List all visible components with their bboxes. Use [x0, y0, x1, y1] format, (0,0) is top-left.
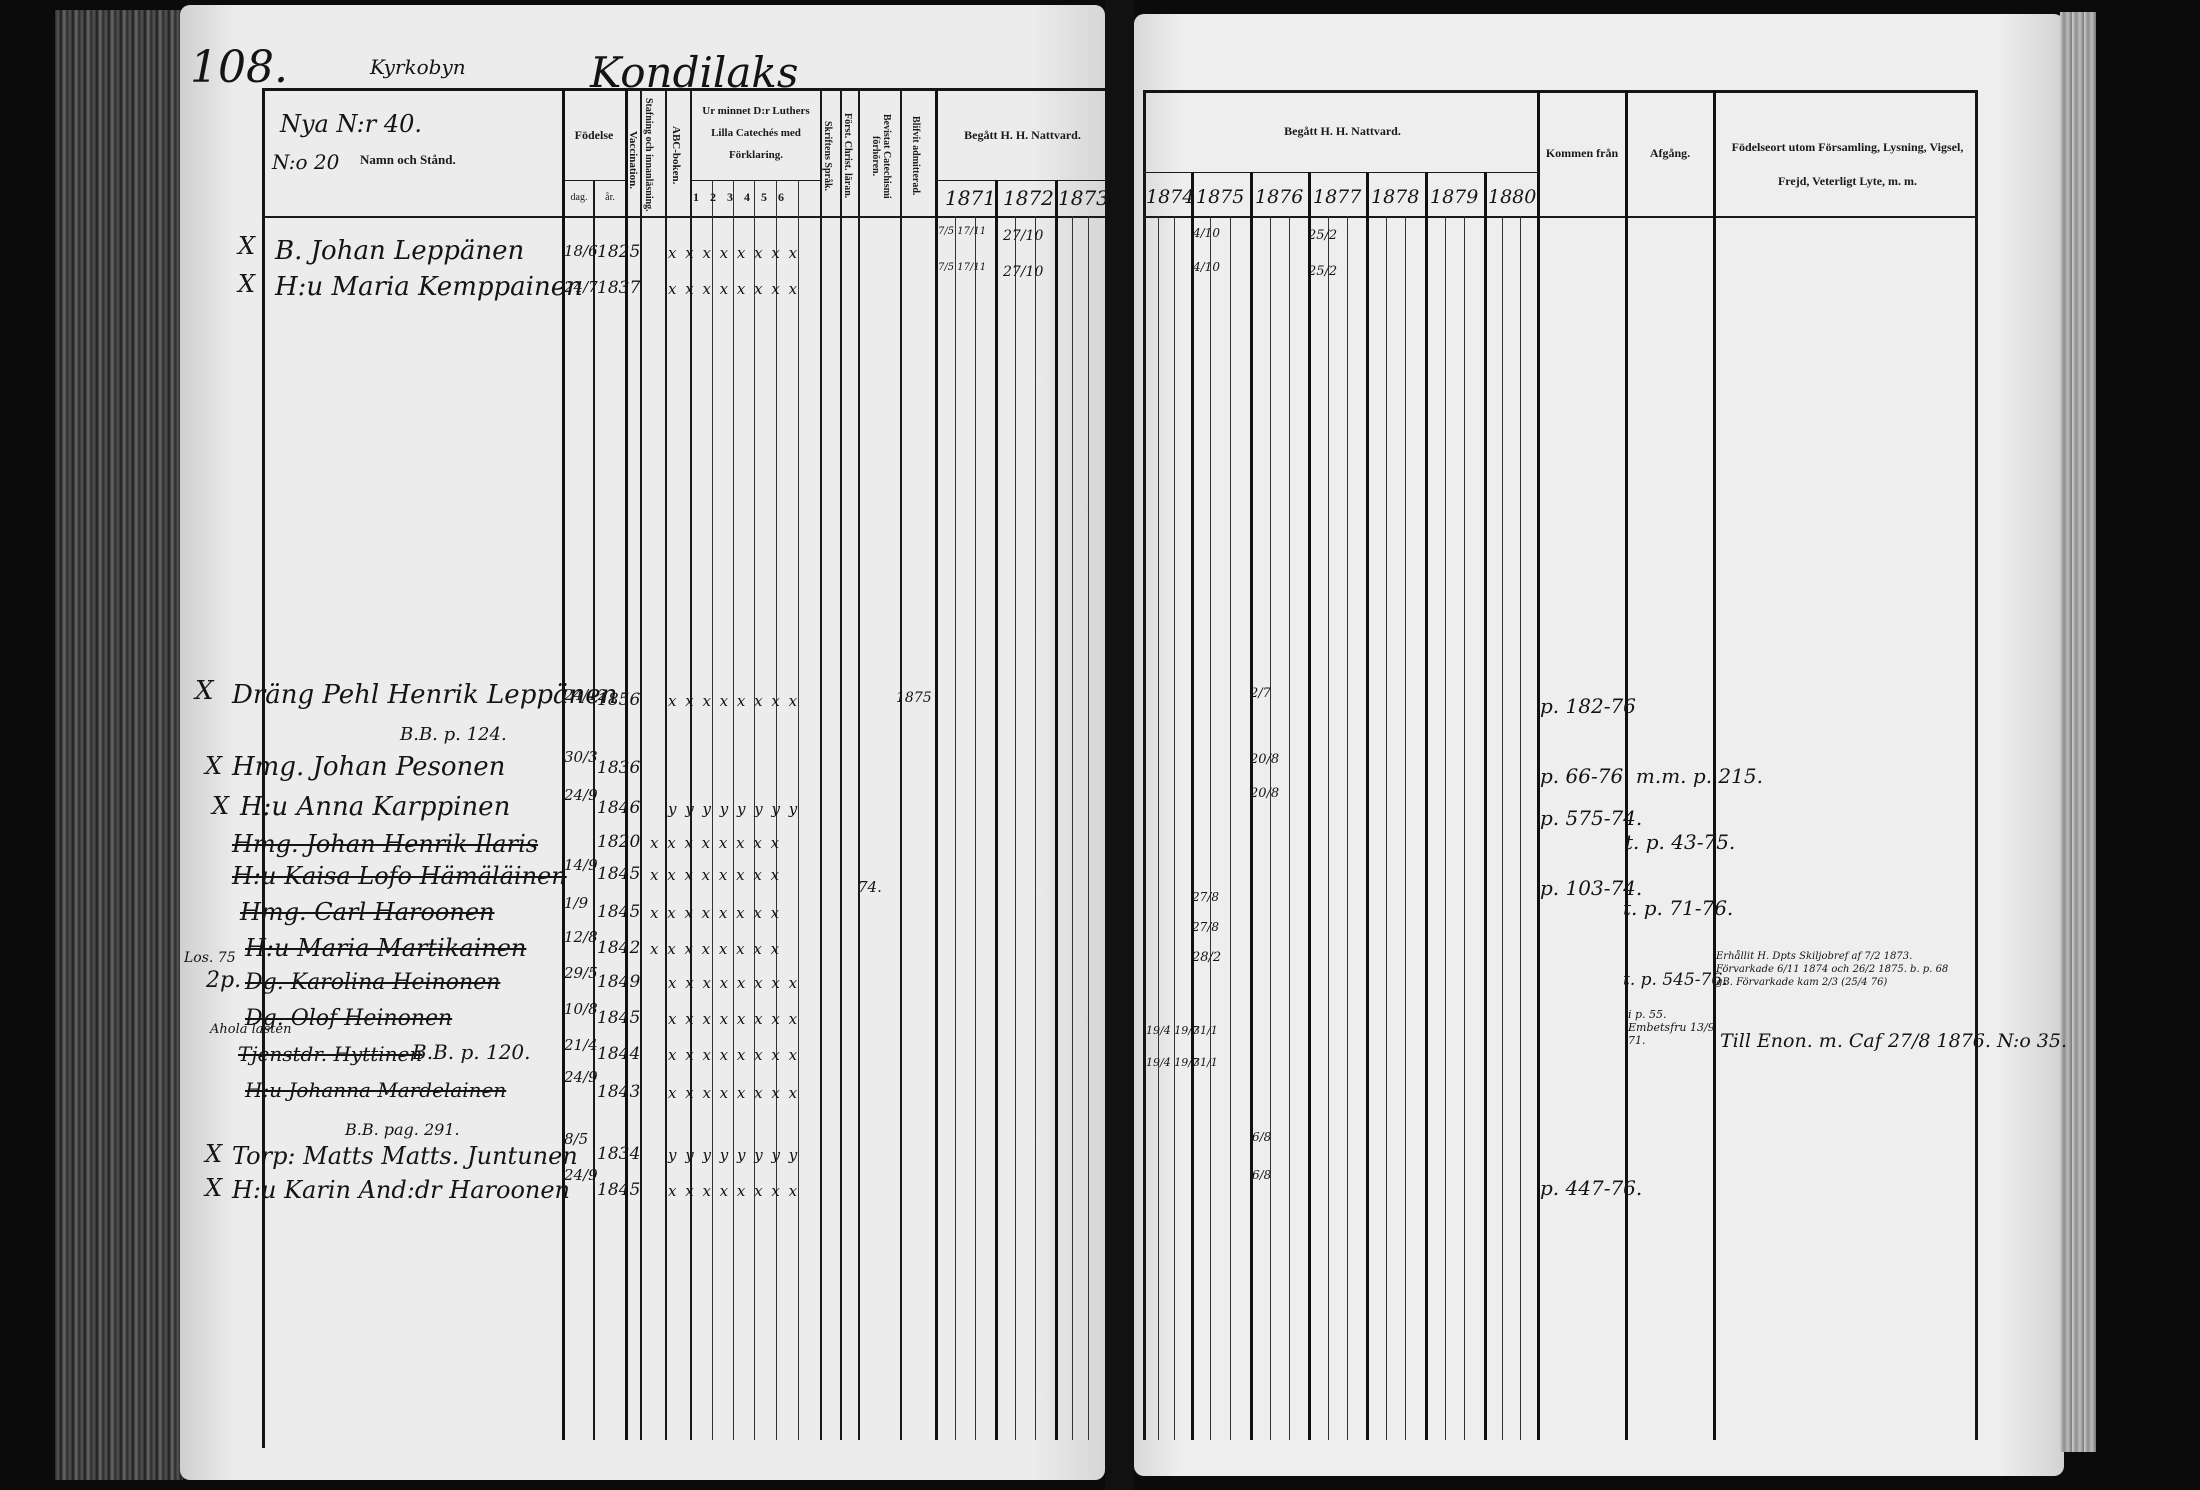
book-edge-left: [55, 10, 183, 1480]
header-abc: ABC-boken.: [670, 100, 682, 210]
book-edge-right: [2060, 12, 2096, 1452]
year-1875: 1875: [1196, 186, 1244, 208]
header-remarks: Födelseort utom Församling, Lysning, Vig…: [1720, 130, 1975, 198]
header-scripture-language: Skriftens Språk.: [822, 100, 833, 212]
year-1872: 1872: [1003, 186, 1054, 210]
year-1880: 1880: [1488, 186, 1536, 208]
header-came-from: Kommen från: [1540, 146, 1624, 161]
year-1879: 1879: [1430, 186, 1478, 208]
left-header-divider: [262, 216, 1105, 218]
year-1877: 1877: [1313, 186, 1361, 208]
margin-note: Los. 75: [184, 950, 236, 966]
year-1871: 1871: [945, 186, 996, 210]
departure: t. p. 71-76.: [1623, 896, 1733, 920]
person-name: H:u Maria Martikainen: [245, 934, 526, 962]
year-1874: 1874: [1146, 186, 1194, 208]
header-catechism-hearings: Bevistat Catechismi förhören.: [866, 100, 892, 212]
year-1878: 1878: [1371, 186, 1419, 208]
came-from: p. 575-74.: [1540, 806, 1642, 830]
person-name: Torp: Matts Matts. Juntunen: [232, 1142, 578, 1170]
page-number: 108.: [190, 42, 288, 93]
village-note: Kyrkobyn: [370, 55, 466, 79]
remarks: Erhållit H. Dpts Skiljobref af 7/2 1873.…: [1716, 950, 1966, 989]
year-1876: 1876: [1255, 186, 1303, 208]
header-admitted: Blifvit admitterad.: [910, 100, 921, 212]
remarks: Till Enon. m. Caf 27/8 1876. N:o 35.: [1720, 1030, 2067, 1052]
book-gutter: [1105, 0, 1134, 1490]
came-from: p. 447-76.: [1540, 1176, 1642, 1200]
old-number: Nya N:r 40.: [280, 110, 422, 138]
header-communion-left: Begått H. H. Nattvard.: [940, 128, 1105, 143]
header-reading: Stafning och innanläsning.: [643, 96, 654, 214]
header-name: Namn och Stånd.: [360, 152, 456, 168]
header-christ-doctrine: Först. Christ. läran.: [842, 100, 853, 212]
year-1873: 1873: [1058, 186, 1109, 210]
right-header-divider: [1143, 216, 1978, 218]
header-departure: Afgång.: [1628, 146, 1712, 161]
header-birth: Födelse: [566, 128, 622, 143]
departure: i p. 55. Embetsfru 13/9 71.: [1628, 1008, 1718, 1047]
person-name: Tjenstdr. Hyttinen: [238, 1042, 422, 1066]
person-name: B. Johan Leppänen: [275, 236, 524, 266]
header-vaccination: Vaccination.: [627, 110, 639, 210]
departure: t. p. 545-76.: [1623, 970, 1728, 990]
header-birth-year: år.: [596, 192, 624, 203]
came-from: p. 182-76: [1540, 694, 1636, 718]
person-name: H:u Kaisa Lofo Hämäläinen: [232, 862, 567, 890]
person-name: H:u Anna Karppinen: [240, 792, 510, 822]
person-name: Hmg. Carl Haroonen: [240, 898, 494, 926]
person-name: H:u Maria Kemppainen: [275, 272, 583, 302]
person-name: Dräng Pehl Henrik Leppänen: [232, 680, 617, 710]
person-name: Hmg. Johan Pesonen: [232, 752, 505, 782]
header-birth-day: dag.: [565, 192, 593, 203]
number-label: N:o 20: [272, 150, 339, 174]
person-name: H:u Johanna Mardelainen: [245, 1078, 506, 1102]
header-catechism: Ur minnet D:r Luthers Lilla Catechés med…: [693, 100, 819, 166]
margin-note: Ahola lasten: [210, 1022, 292, 1037]
header-catechism-parts: 123456: [693, 190, 795, 205]
header-communion-right: Begått H. H. Nattvard.: [1150, 124, 1535, 139]
came-from: p. 66-76. m.m. p. 215.: [1540, 764, 1763, 788]
person-name: H:u Karin And:dr Haroonen: [232, 1176, 570, 1204]
person-name: Dg. Karolina Heinonen: [245, 970, 500, 995]
departure: t. p. 43-75.: [1625, 830, 1735, 854]
person-name: Hmg. Johan Henrik Ilaris: [232, 830, 538, 858]
